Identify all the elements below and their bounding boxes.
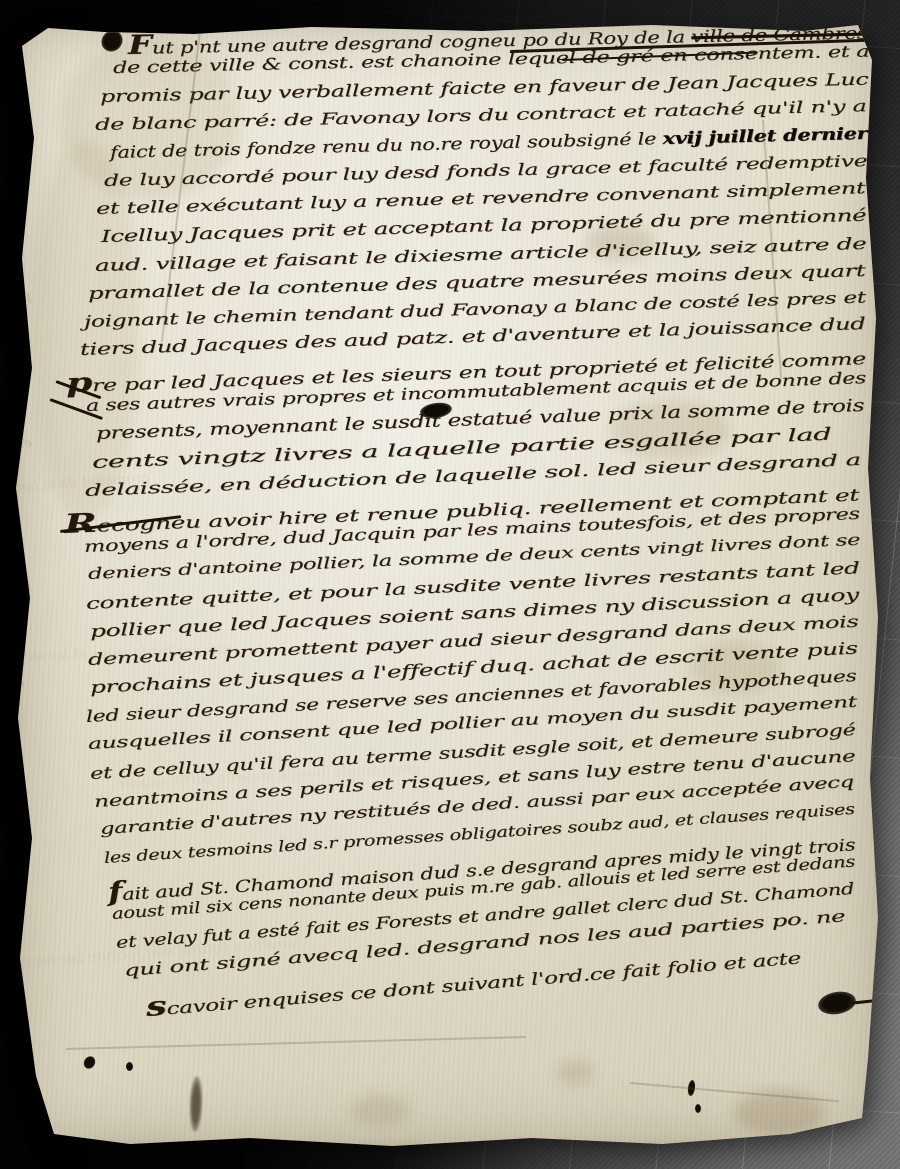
ink-blot: [419, 401, 453, 420]
show-through-writing: Fut p'nt une autre desgrand cogneu po du…: [0, 580, 33, 601]
manuscript-paper: promis par luy verballement faicte en fa…: [12, 18, 884, 1150]
paper-crease: [762, 120, 782, 380]
show-through-writing: promis par luy verballement faicte en fa…: [0, 52, 16, 70]
show-through-writing: contente quitte, et pour la susdite vent…: [0, 340, 16, 358]
paper-crease: [161, 24, 202, 342]
paper-shadow: promis par luy verballement faicte en fa…: [0, 0, 900, 1169]
show-through-writing: de blanc parré: de Favonay lors du contr…: [0, 628, 16, 646]
paper-crease: [630, 1082, 839, 1102]
ink-blot: [189, 1076, 203, 1132]
paper-crease: [66, 1036, 526, 1050]
photograph: promis par luy verballement faicte en fa…: [0, 0, 900, 1169]
ink-blot: [695, 1104, 701, 1113]
ink-stroke: [56, 380, 102, 399]
show-through-writing: prochains et jusques a l'effectif duq. a…: [0, 388, 24, 408]
ink-blot: [97, 26, 127, 56]
ink-stroke: [50, 398, 103, 420]
show-through-writing: les deux tesmoins led s.r promesses obli…: [0, 484, 16, 502]
show-through-writing: de luy accordé pour luy desd fonds la gr…: [0, 100, 24, 120]
ink-marks-layer: [12, 18, 884, 1150]
ink-blot: [81, 1054, 97, 1071]
show-through-writing: aud. village et faisant le dixiesme arti…: [0, 148, 33, 169]
ink-blot: [126, 1062, 133, 1071]
show-through-writing: et velay fut a esté fait es Forests et a…: [0, 532, 24, 552]
show-through-writing: tiers dud Jacques des aud patz. et d'ave…: [0, 196, 16, 214]
ink-stroke: [60, 515, 181, 532]
ink-stroke: [562, 51, 758, 61]
show-through-writing: presents, moyennant le susdit estatué va…: [0, 244, 24, 264]
ink-stroke: [510, 38, 882, 53]
